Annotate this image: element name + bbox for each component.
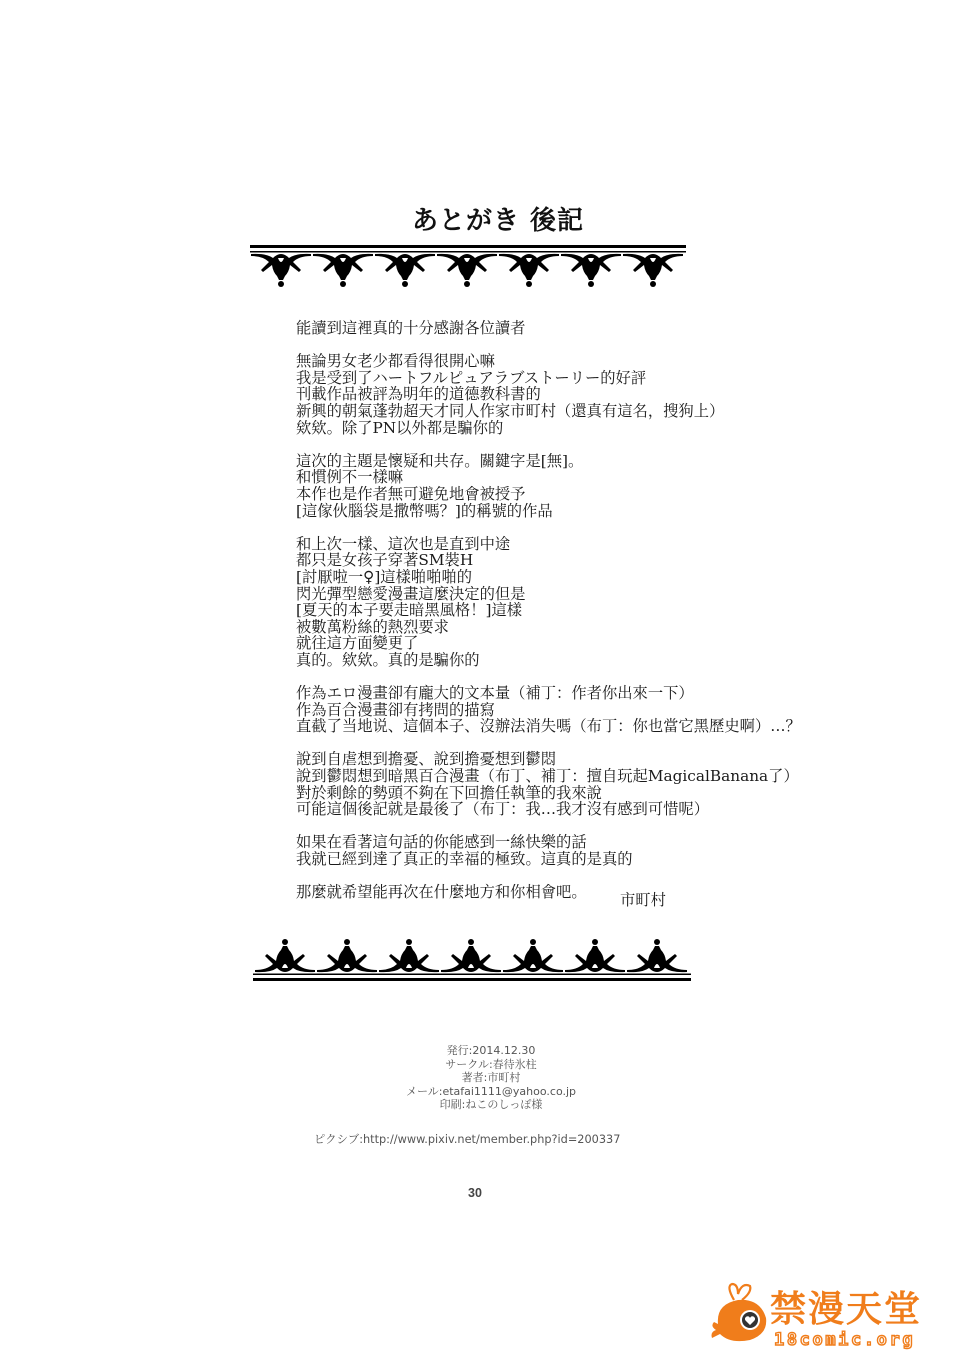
text-line: 對於剩餘的勢頭不夠在下回擔任執筆的我來說: [296, 785, 856, 802]
text-line: 閃光彈型戀愛漫畫這麼決定的但是: [296, 586, 856, 603]
text-line: 可能這個後記就是最後了（布丁：我…我才沒有感到可惜呢）: [296, 801, 856, 818]
afterword-body: 能讀到這裡真的十分感謝各位讀者 無論男女老少都看得很開心嘛 我是受到了ハートフル…: [296, 320, 856, 917]
site-watermark: 禁漫天堂 18comic.org: [708, 1278, 958, 1356]
text-line: 就往這方面變更了: [296, 635, 856, 652]
ornament-divider-top-icon: [250, 244, 686, 290]
text-line: 刊載作品被評為明年的道德教科書的: [296, 386, 856, 403]
page-number: 30: [468, 1186, 482, 1200]
text-line: 欸欸。除了PN以外都是騙你的: [296, 420, 856, 437]
publish-date: 発行:2014.12.30: [22, 1044, 960, 1058]
text-line: 真的。欸欸。真的是騙你的: [296, 652, 856, 669]
text-line: 都只是女孩子穿著SM裝H: [296, 552, 856, 569]
heart-fish-logo-icon: [708, 1278, 774, 1348]
text-line: 和上次一樣、這次也是直到中途: [296, 536, 856, 553]
text-line: 說到自虐想到擔憂、說到擔憂想到鬱悶: [296, 751, 856, 768]
pixiv-link: ピクシブ:http://www.pixiv.net/member.php?id=…: [314, 1131, 620, 1147]
paragraph: 和上次一樣、這次也是直到中途 都只是女孩子穿著SM裝H [討厭啦一♀]這樣啪啪啪…: [296, 536, 856, 669]
text-line: 被數萬粉絲的熱烈要求: [296, 619, 856, 636]
text-line: 我就已經到達了真正的幸福的極致。這真的是真的: [296, 851, 856, 868]
paragraph: 如果在看著這句話的你能感到一絲快樂的話 我就已經到達了真正的幸福的極致。這真的是…: [296, 834, 856, 867]
paragraph: 無論男女老少都看得很開心嘛 我是受到了ハートフルピュアラブストーリー的好評 刊載…: [296, 353, 856, 436]
email: メール:etafai1111@yahoo.co.jp: [22, 1085, 960, 1099]
circle-name: サークル:春待氷柱: [22, 1058, 960, 1072]
text-line: 作為百合漫畫卻有拷問的描寫: [296, 702, 856, 719]
text-line: 作為エロ漫畫卻有龐大的文本量（補丁：作者你出來一下）: [296, 685, 856, 702]
text-line: 能讀到這裡真的十分感謝各位讀者: [296, 320, 856, 337]
ornament-divider-bottom-icon: [253, 936, 691, 982]
text-line: 和慣例不一樣嘛: [296, 469, 856, 486]
paragraph: 說到自虐想到擔憂、說到擔憂想到鬱悶 說到鬱悶想到暗黑百合漫畫（布丁、補丁：擅自玩…: [296, 751, 856, 817]
text-line: 直截了当地说、這個本子、沒辦法消失嗎（布丁：你也當它黑歷史啊）…？: [296, 718, 856, 735]
text-line: 我是受到了ハートフルピュアラブストーリー的好評: [296, 370, 856, 387]
text-line: 說到鬱悶想到暗黑百合漫畫（布丁、補丁：擅自玩起MagicalBanana了）: [296, 768, 856, 785]
colophon: 発行:2014.12.30 サークル:春待氷柱 著者:市町村 メール:etafa…: [0, 1044, 960, 1112]
printer: 印刷:ねこのしっぽ様: [22, 1098, 960, 1112]
paragraph: 作為エロ漫畫卻有龐大的文本量（補丁：作者你出來一下） 作為百合漫畫卻有拷問的描寫…: [296, 685, 856, 735]
text-line: 那麼就希望能再次在什麼地方和你相會吧。: [296, 884, 856, 901]
page-title: あとがき 後記: [0, 200, 960, 237]
author-name: 著者:市町村: [22, 1071, 960, 1085]
watermark-title: 禁漫天堂: [770, 1290, 922, 1330]
text-line: [討厭啦一♀]這樣啪啪啪的: [296, 569, 856, 586]
text-line: [夏天的本子要走暗黑風格！]這樣: [296, 602, 856, 619]
text-line: 新興的朝氣蓬勃超天才同人作家市町村（還真有這名，搜狗上）: [296, 403, 856, 420]
watermark-url: 18comic.org: [774, 1330, 915, 1350]
text-line: 無論男女老少都看得很開心嘛: [296, 353, 856, 370]
paragraph: 這次的主題是懷疑和共存。關鍵字是[無]。 和慣例不一樣嘛 本作也是作者無可避免地…: [296, 453, 856, 519]
text-line: 如果在看著這句話的你能感到一絲快樂的話: [296, 834, 856, 851]
text-line: 本作也是作者無可避免地會被授予: [296, 486, 856, 503]
text-line: 這次的主題是懷疑和共存。關鍵字是[無]。: [296, 453, 856, 470]
author-signature: 市町村: [620, 888, 666, 910]
text-line: [這傢伙腦袋是撒幣嗎？]的稱號的作品: [296, 503, 856, 520]
paragraph: 那麼就希望能再次在什麼地方和你相會吧。: [296, 884, 856, 901]
paragraph: 能讀到這裡真的十分感謝各位讀者: [296, 320, 856, 337]
